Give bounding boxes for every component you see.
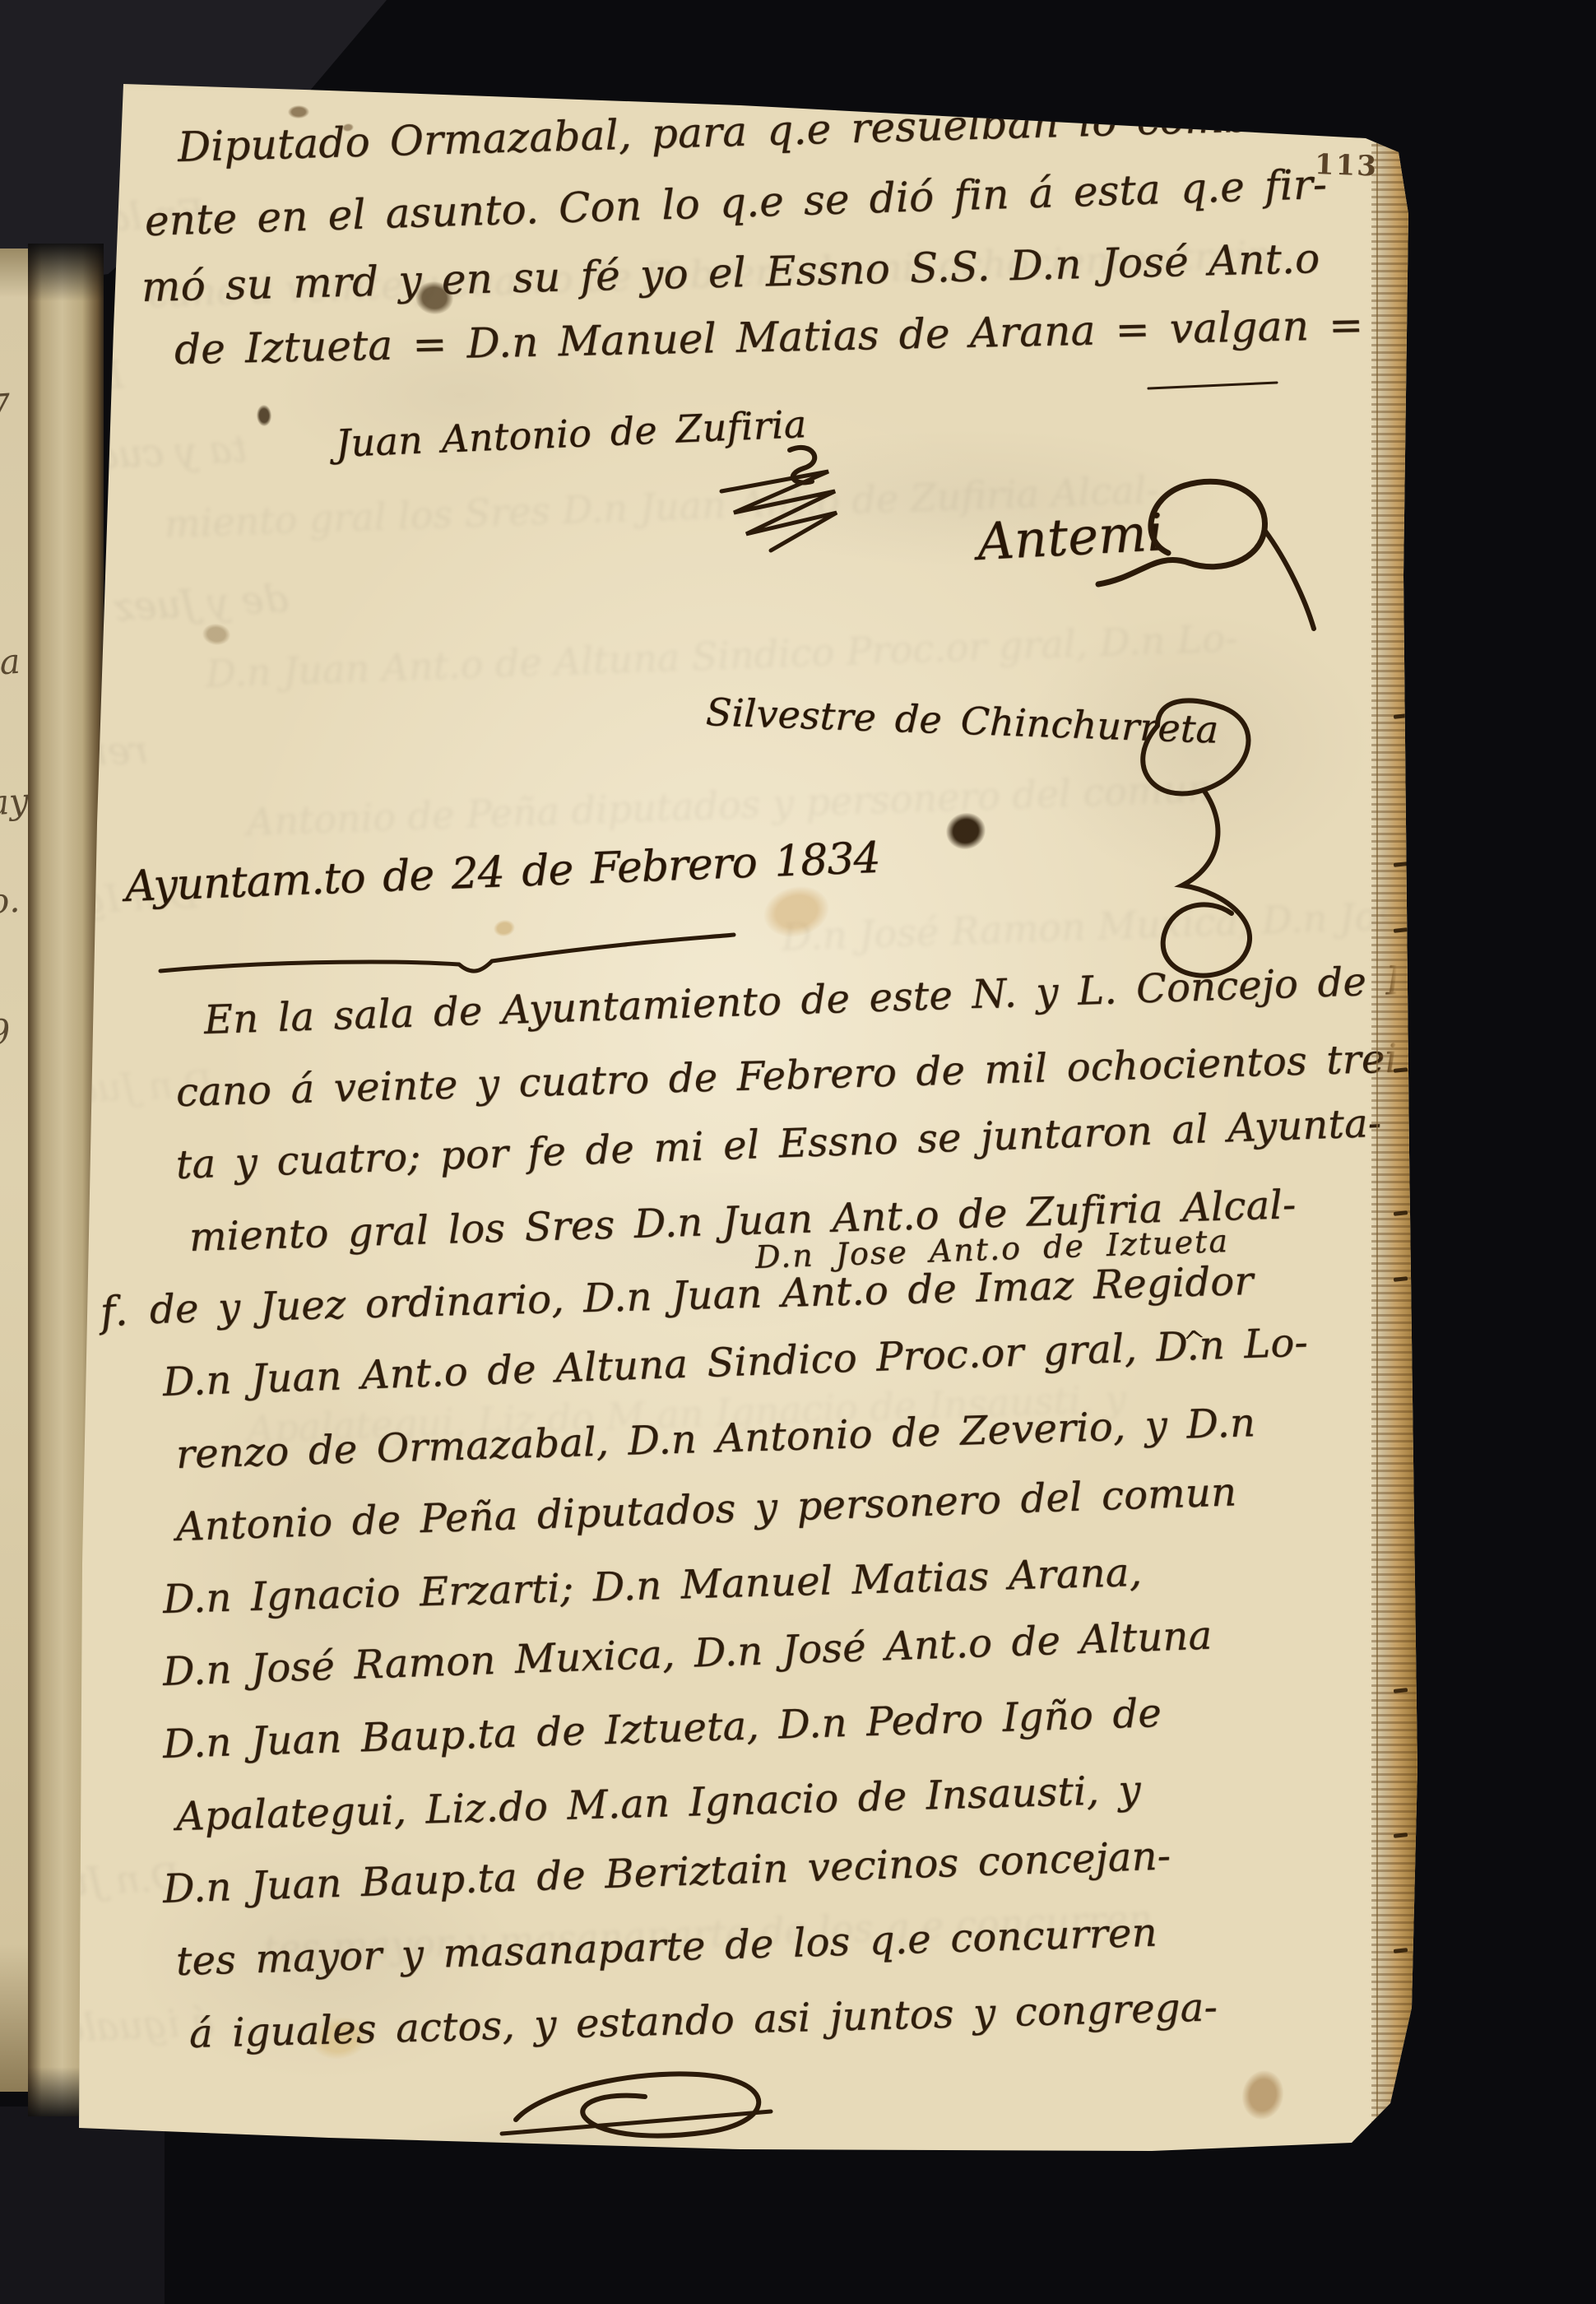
page-edge-line	[1376, 33, 1378, 2156]
manuscript-line: de Iztueta = D.n Manuel Matias de Arana …	[174, 301, 1363, 374]
attestation-flourish	[1090, 454, 1329, 643]
manuscript-line: mó su mrd y en su fé yo el Essno S.S. D.…	[141, 235, 1320, 311]
facing-page-text-fragment: )	[0, 1217, 3, 1258]
ink-stain	[257, 405, 272, 427]
facing-page-text-fragment: ia	[0, 641, 21, 684]
manuscript-line: cano á veinte y cuatro de Febrero de mil…	[175, 1034, 1437, 1116]
ink-stain	[1237, 2066, 1287, 2123]
ink-stain	[288, 105, 309, 118]
manuscript-page: En la sala de Ayuntamiento de este N. y …	[0, 0, 1596, 2304]
manuscript-line: ente en el asunto. Con lo q.e se dió fin…	[144, 160, 1328, 245]
alcalde-rubric-flourish	[712, 440, 851, 572]
margin-mark: f.	[99, 1287, 129, 1336]
facing-page-text-fragment: ay	[0, 780, 30, 823]
act-heading: Ayuntam.to de 24 de Febrero 1834	[124, 834, 881, 912]
heading-underline-flourish	[123, 920, 765, 986]
background-shadow-strip	[0, 2107, 165, 2304]
manuscript-line: Diputado Ormazabal, para q.e resuelban l…	[177, 91, 1329, 171]
facing-page-text-fragment: 9	[0, 1011, 12, 1053]
escribano-rubric-flourish	[1107, 690, 1312, 969]
fore-edge-ink-dash	[1394, 713, 1408, 719]
ink-stain	[202, 622, 232, 646]
facing-page-text-fragment: 7	[0, 386, 12, 428]
facing-page-text-fragment: o.	[0, 880, 21, 922]
photographed-manuscript: 7iaayo.9) En la sala de Ayuntamiento de …	[0, 0, 1596, 2304]
facing-page-sliver: 7iaayo.9)	[0, 249, 30, 2092]
valgan-underline	[1145, 380, 1281, 392]
insertion-caret: ^	[1181, 1324, 1209, 1359]
bottom-paraph-flourish	[495, 2055, 791, 2150]
manuscript-line: Apalategui, Liz.do M.an Ignacio de Insau…	[175, 1767, 1141, 1840]
